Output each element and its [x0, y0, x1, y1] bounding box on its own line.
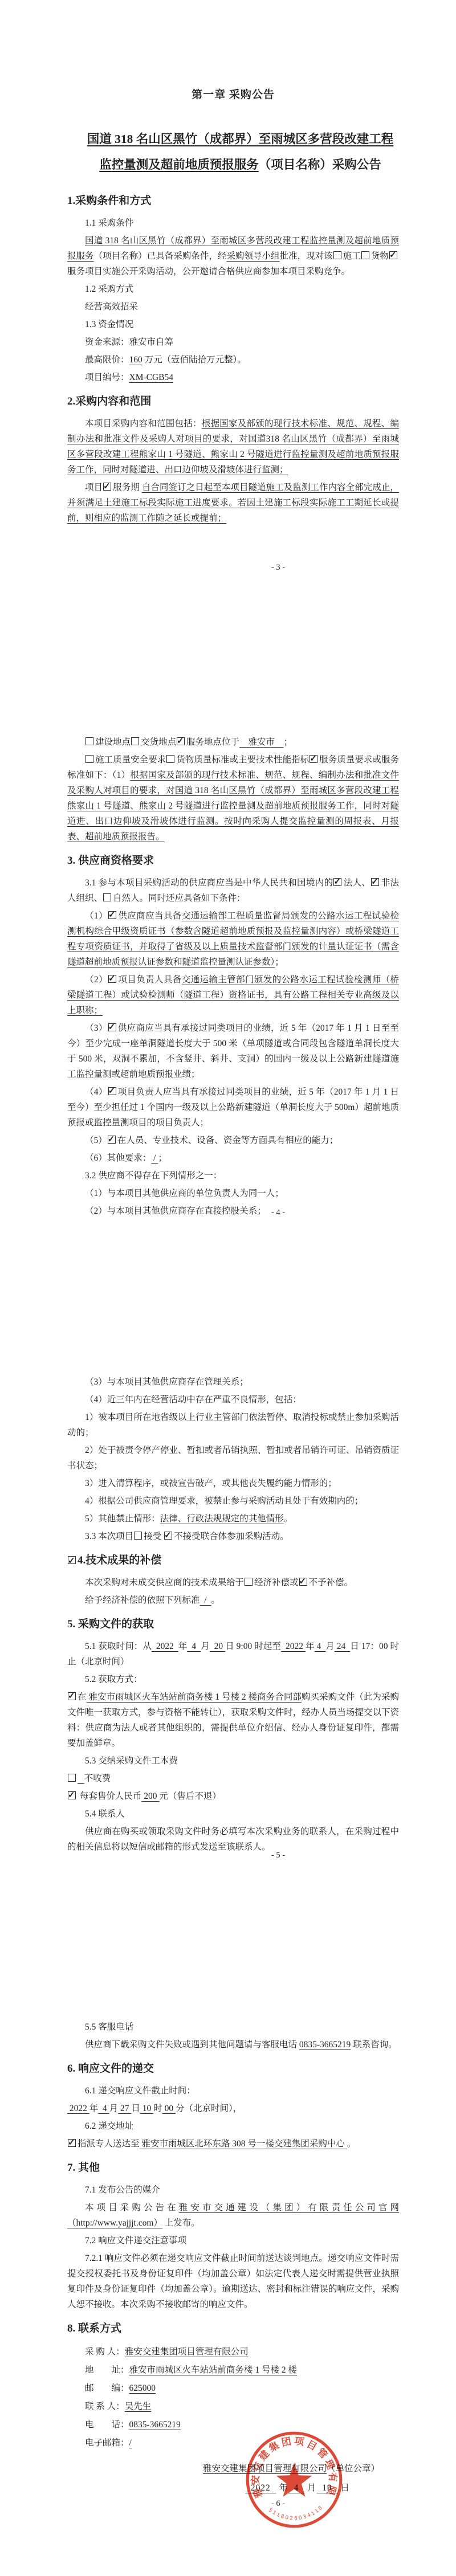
checkbox-empty-icon	[131, 737, 139, 745]
text-segment: 本项目采购公告在	[85, 2203, 179, 2212]
filled-in-value: 根据国家及部颁的现行技术标准、规范、规程、编制办法和批准文件及采购人对项目的要求…	[67, 770, 399, 842]
text-segment: （1）与本项目其他供应商的单位负责人为同一人；	[85, 1189, 284, 1198]
scanned-procurement-document: - 3 - - 4 - - 5 - - 6 - 雅安交建集团项目管理有限公司（单…	[0, 0, 456, 2576]
text-segment: 在人员、专业技术、设备、资金等方面具有相应的能力；	[117, 1136, 339, 1145]
checkbox-empty-icon	[85, 737, 93, 745]
paragraph: 经营高效招采	[67, 299, 399, 315]
text-segment: 5.2 获取方式：	[85, 1675, 142, 1684]
section-1-heading: 1.采购条件和方式	[67, 193, 399, 210]
text-segment: 本项目采购内容和范围包括：	[85, 419, 202, 428]
text-segment: 时	[153, 2104, 162, 2113]
checkbox-checked-icon	[164, 1532, 172, 1540]
filled-in-value: 交通运输部工程质量监督局颁发的公路水运工程试验检测机构综合甲级资质证书（参数含隧…	[67, 911, 399, 967]
paragraph: （2）项目负责人具备交通运输主管部门颁发的公路水运工程试验检测师（桥梁隧道工程）…	[67, 972, 399, 1018]
text-segment: 地 址：	[85, 2365, 129, 2375]
filled-in-value: 200	[141, 1791, 159, 1801]
paragraph: 6.2 递交地址	[67, 2118, 399, 2134]
text-segment: 联 系 人：	[85, 2402, 125, 2411]
paragraph: 电子邮箱：/	[67, 2434, 399, 2452]
section-6-heading: 6. 响应文件的递交	[67, 2060, 399, 2077]
checkbox-empty-icon	[68, 1774, 76, 1782]
checkbox-checked-icon	[108, 911, 116, 919]
text-segment: 货物质量标准或主要技术性能指标	[176, 755, 309, 765]
filled-in-value: 雅安市雨城区火车站站前商务楼 1 号楼 2 楼	[129, 2365, 298, 2375]
text-segment: 。	[211, 1595, 220, 1605]
text-segment: 3. 供应商资格要求	[67, 855, 154, 867]
checkbox-empty-icon	[361, 251, 369, 259]
paragraph: 地 址：雅安市雨城区火车站站前商务楼 1 号楼 2 楼	[67, 2361, 399, 2379]
filled-in-value: 24	[335, 1642, 350, 1651]
text-segment: 建设地点	[95, 737, 131, 747]
paragraph: 1.2 采购方式	[67, 281, 399, 297]
text-segment: 联系咨询。	[351, 2040, 397, 2050]
svg-text:5118026034118: 5118026034118	[267, 2504, 325, 2521]
text-segment: 6.1 递交响应文件截止时间：	[85, 2086, 196, 2096]
checkbox-empty-icon	[166, 755, 174, 763]
checkbox-checked-icon	[68, 1692, 76, 1700]
paragraph: （3）与本项目其他供应商存在管理关系；	[67, 1374, 399, 1390]
section-2-heading: 2.采购内容和范围	[67, 393, 399, 410]
text-segment: 。	[284, 1514, 293, 1524]
paragraph: 不收费	[67, 1771, 399, 1786]
text-segment: 邮 编：	[85, 2383, 129, 2393]
paragraph: 7.2.1 响应文件必须在递交响应文件截止时间前送达谈判地点。递交响应文件时需提…	[67, 2251, 399, 2312]
text-segment: 项目负责人具备	[118, 975, 182, 985]
text-segment: 月	[325, 1642, 335, 1651]
filled-in-value: XM-CGB54	[129, 373, 174, 382]
filled-in-value: 采购领导小组	[226, 251, 279, 261]
text-segment: 每套售价人民币	[78, 1791, 141, 1801]
text-segment: 最高限价：	[85, 355, 129, 365]
text-segment: 电 话：	[85, 2420, 129, 2430]
filled-in-value: 27	[118, 2104, 131, 2113]
text-segment: 4）根据公司供应商管理要求，被禁止参与采购活动且处于有效期内的；	[85, 1496, 363, 1506]
filled-in-value: 160	[129, 355, 142, 365]
checkbox-checked-icon	[333, 878, 341, 886]
text-segment: 电子邮箱：	[85, 2438, 129, 2448]
paragraph: 5.4 联系人	[67, 1806, 399, 1822]
text-segment: 项目	[85, 483, 103, 492]
text-segment: 不收费	[84, 1774, 111, 1783]
text-segment: 3.2 供应商不得存在下列情形之一：	[85, 1171, 222, 1181]
text-segment: 。	[347, 2139, 356, 2149]
text-segment: 不接受联合体参加采购活动。	[174, 1532, 289, 1541]
filled-in-value: 2022	[67, 2104, 89, 2113]
paragraph: 资金来源：雅安市自筹	[67, 334, 399, 350]
checkbox-checked-icon	[310, 755, 317, 763]
checkbox-checked-icon	[108, 1136, 116, 1144]
text-segment: 5. 采购文件的获取	[67, 1618, 154, 1630]
paragraph: 7.1 发布公告的媒介	[67, 2182, 399, 2198]
text-segment: 5.3 交纳采购文件工本费	[85, 1756, 178, 1766]
paragraph: （5）在人员、专业技术、设备、资金等方面具有相应的能力；	[67, 1133, 399, 1148]
filled-in-value: 雅安市雨城区火车站站前商务楼 1 号楼 2 楼商务合同部	[87, 1692, 302, 1702]
filled-in-value: 监控量测及超前地质预报服务	[99, 158, 259, 172]
filled-in-value: 交通运输主管部门颁发的公路水运工程试验检测师（桥梁隧道工程）或试验检测师（隧道工…	[67, 975, 399, 1015]
paragraph: 2）处于被责令停产停业、暂扣或者吊销执照、暂扣或者吊销许可证、吊销资质证书状态；	[67, 1443, 399, 1473]
text-segment: 给予经济补偿的依照下列标准	[85, 1595, 200, 1605]
stamp-star-icon	[276, 2463, 312, 2497]
paragraph: 本项目采购内容和范围包括：根据国家及部颁的现行技术标准、规范、规程、编制办法和批…	[67, 416, 399, 477]
text-segment: 2.采购内容和范围	[67, 395, 151, 407]
text-segment: 经营高效招采	[85, 302, 138, 312]
paragraph: 采 购 人：雅安交建集团项目管理有限公司	[67, 2343, 399, 2361]
filled-in-value: 625000	[129, 2383, 156, 2393]
text-segment: 3.1 参与本项目采购活动的供应商应当是中华人民共和国境内的	[85, 878, 333, 888]
filled-in-value: 0835-3665219	[299, 2040, 351, 2050]
text-segment: 服务项目实施公开采购活动，公开邀请合格供应商参加本项目采购竞争。	[67, 267, 350, 276]
checkbox-checked-icon	[68, 1556, 76, 1564]
page-3: 第一章 采购公告国道 318 名山区黑竹（成都界）至雨城区多营段改建工程监控量测…	[0, 85, 456, 528]
checkbox-checked-icon	[108, 1087, 116, 1095]
filled-in-value: 吴先生	[125, 2402, 152, 2411]
filled-in-value: 2022	[281, 1642, 306, 1651]
text-segment: 5.1 获取时间：从	[85, 1642, 152, 1651]
text-segment: 不予补偿。	[309, 1578, 353, 1587]
text-segment: （项目名称）采购公告	[259, 158, 381, 172]
text-segment: 4.技术成果的补偿	[78, 1554, 161, 1566]
text-segment: 交货地点	[141, 737, 176, 747]
text-segment: （2）与本项目其他供应商存在直接控股关系；	[85, 1206, 266, 1216]
text-segment: 1.3 资金情况	[85, 320, 133, 329]
filled-in-value: 国道 318 名山区黑竹（成都界）至雨城区多营段改建工程	[87, 132, 394, 146]
text-segment: 5.4 联系人	[85, 1809, 125, 1819]
checkbox-checked-icon	[68, 1791, 76, 1799]
text-segment: 第一章 采购公告	[192, 89, 275, 101]
paragraph: （1）供应商应当具备交通运输部工程质量监督局颁发的公路水运工程试验检测机构综合甲…	[67, 908, 399, 970]
text-segment: （2）	[85, 975, 108, 985]
text-segment: 年	[306, 1642, 315, 1651]
text-segment: ；	[284, 737, 293, 747]
paragraph: 邮 编：625000	[67, 2379, 399, 2397]
filled-in-value: 2022	[152, 1642, 178, 1651]
text-segment: 接受	[144, 1532, 164, 1541]
text-segment: 3.3 本次项目	[85, 1532, 133, 1541]
document-title-line: 监控量测及超前地质预报服务（项目名称）采购公告	[50, 152, 430, 178]
paragraph: 建设地点交货地点服务地点位于 雅安市 ；	[67, 734, 399, 750]
paragraph: 5.2 获取方式：	[67, 1672, 399, 1687]
text-segment: 万元（壹佰陆拾万元整）。	[142, 355, 246, 365]
paragraph: 供应商在购买或领取采购文件时务必填写本次采购业务的联系人，在采购过程中的相关信息…	[67, 1824, 399, 1855]
text-segment: 7.1 发布公告的媒介	[85, 2185, 160, 2195]
paragraph: 1.1 采购条件	[67, 215, 399, 231]
text-segment: 2）处于被责令停产停业、暂扣或者吊销执照、暂扣或者吊销许可证、吊销资质证书状态；	[67, 1446, 399, 1471]
chapter-heading: 第一章 采购公告	[67, 87, 399, 104]
paragraph: 3.3 本次项目接受 不接受联合体参加采购活动。	[67, 1529, 399, 1544]
text-segment: 服务地点位于	[186, 737, 239, 747]
text-segment: 供应商应当具备	[118, 911, 182, 921]
text-segment: （3）	[85, 1023, 108, 1033]
paragraph: 供应商下载采购文件失败或遇到其他问题请与客服电话 0835-3665219 联系…	[67, 2037, 399, 2052]
text-segment: 1.1 采购条件	[85, 218, 133, 228]
text-segment: （项目名称）已具备采购条件，经	[94, 251, 227, 261]
paragraph: 最高限价：160 万元（壹佰陆拾万元整）。	[67, 352, 399, 368]
paragraph: （2）与本项目其他供应商存在直接控股关系；	[67, 1203, 399, 1219]
paragraph: 项目编号：XM-CGB54	[67, 370, 399, 385]
text-segment: （5）	[85, 1136, 107, 1145]
section-4-heading: 4.技术成果的补偿	[67, 1552, 399, 1569]
filled-in-value: 法律、行政法规规定的其他情形	[160, 1514, 284, 1524]
text-segment: 1）被本项目所在地省级以上行业主管部门依法暂停、取消投标或禁止参加采购活动的；	[67, 1412, 399, 1438]
paragraph: 本次采购对未成交供应商的技术成果给于经济补偿或不予补偿。	[67, 1575, 399, 1590]
text-segment: （1）	[85, 911, 108, 921]
paragraph: 4）根据公司供应商管理要求，被禁止参与采购活动且处于有效期内的；	[67, 1493, 399, 1509]
text-segment: 资金来源：雅安市自筹	[85, 337, 173, 347]
text-segment: 施工	[343, 251, 361, 261]
paragraph: 5.1 获取时间：从 2022 年 4 月 20 日 9:00 时起至 2022…	[67, 1639, 399, 1669]
text-segment: 6. 响应文件的递交	[67, 2063, 154, 2075]
paragraph: 国道 318 名山区黑竹（成都界）至雨城区多营段改建工程监控量测及超前地质预报服…	[67, 233, 399, 279]
paragraph: 2022 年 4 月 27 日 10 时 00 分（北京时间），	[67, 2101, 399, 2116]
filled-in-value: /	[200, 1595, 211, 1605]
paragraph: 每套售价人民币 200 元（售后不退）	[67, 1789, 399, 1804]
paragraph: （1）与本项目其他供应商的单位负责人为同一人；	[67, 1186, 399, 1201]
text-segment: 自然人。同时还应具备如下条件：	[113, 893, 246, 903]
paragraph: （6）其他要求： / ；	[67, 1150, 399, 1166]
paragraph: 1）被本项目所在地省级以上行业主管部门依法暂停、取消投标或禁止参加采购活动的；	[67, 1410, 399, 1440]
checkbox-empty-icon	[85, 755, 93, 763]
section-8-heading: 8. 联系方式	[67, 2320, 399, 2337]
filled-in-value: 20	[210, 1642, 225, 1651]
text-segment: 在	[78, 1692, 87, 1702]
filled-in-value: 雅安市雨城区北环东路 308 号一楼交建集团采购中心	[140, 2139, 347, 2149]
text-segment: 5）其他禁止情形：	[85, 1514, 160, 1524]
text-segment: 本次采购对未成交供应商的技术成果给于	[85, 1578, 244, 1587]
text-segment: 经济补偿或	[254, 1578, 299, 1587]
filled-in-value: 4	[187, 1642, 201, 1651]
text-segment: 8. 联系方式	[67, 2322, 121, 2334]
text-segment: 6.2 递交地址	[85, 2121, 133, 2131]
checkbox-empty-icon	[103, 893, 111, 901]
page-6: 5.5 客服电话供应商下载采购文件失败或遇到其他问题请与客服电话 0835-36…	[0, 2017, 456, 2452]
text-segment: 元（售后不退）	[159, 1791, 221, 1801]
paragraph: 施工质量安全要求货物质量标准或主要技术性能指标服务质量要求或服务标准如下：（1）…	[67, 752, 399, 844]
paragraph: 电 话：0835-3665219	[67, 2416, 399, 2434]
checkbox-checked-icon	[108, 975, 116, 983]
text-segment: 供应商在购买或领取采购文件时务必填写本次采购业务的联系人，在采购过程中的相关信息…	[67, 1827, 399, 1852]
checkbox-checked-icon	[389, 251, 397, 259]
text-segment: 日 9:00 时起至	[225, 1642, 281, 1651]
filled-in-value: 雅安市	[239, 737, 284, 747]
page-5: （3）与本项目其他供应商存在管理关系；（4）近三年内在经营活动中存在严重不良情形…	[0, 1372, 456, 1857]
text-segment: 上发布。	[162, 2218, 200, 2228]
section-7-heading: 7. 其他	[67, 2159, 399, 2177]
checkbox-checked-icon	[68, 2139, 76, 2147]
paragraph: 7.2 响应文件递交注意事项	[67, 2233, 399, 2248]
text-segment: 3）进入清算程序，或被宣告破产，或其他丧失履约能力情形的；	[85, 1479, 337, 1488]
paragraph: （4）近三年内在经营活动中存在严重不良情形，包括：	[67, 1392, 399, 1407]
filled-in-value: /	[129, 2438, 132, 2448]
text-segment: 7.2.1 响应文件必须在递交响应文件截止时间前送达谈判地点。递交响应文件时需提…	[67, 2254, 399, 2309]
page-4: 建设地点交货地点服务地点位于 雅安市 ；施工质量安全要求货物质量标准或主要技术性…	[0, 732, 456, 1221]
text-segment: 年	[89, 2104, 99, 2113]
text-segment: 法人、	[343, 878, 370, 888]
document-title: 国道 318 名山区黑竹（成都界）至雨城区多营段改建工程监控量测及超前地质预报服…	[50, 126, 430, 178]
filled-in-value	[78, 1774, 84, 1783]
text-segment: 日	[131, 2104, 140, 2113]
text-segment: （4）	[85, 1087, 108, 1097]
paragraph: 3.2 供应商不得存在下列情形之一：	[67, 1168, 399, 1183]
filled-in-value: 4	[315, 1642, 326, 1651]
paragraph: 指派专人送达至 雅安市雨城区北环东路 308 号一楼交建集团采购中心 。	[67, 2136, 399, 2152]
paragraph: 5.3 交纳采购文件工本费	[67, 1753, 399, 1769]
paragraph: 项目服务期 自合同签订之日起至本项目隧道施工及监测工作内容全部完成止，并须满足土…	[67, 480, 399, 526]
text-segment: 项目编号：	[85, 373, 129, 382]
filled-in-value: 雅安交建集团项目管理有限公司	[125, 2347, 249, 2357]
text-segment: 项目负责人应当具有承接过同类项目的业绩，近 5 年（2017 年 1 月 1 日…	[67, 1087, 399, 1128]
filled-in-value: /	[151, 1153, 158, 1163]
document-title-line: 国道 318 名山区黑竹（成都界）至雨城区多营段改建工程	[50, 126, 430, 152]
text-segment: （6）其他要求：	[85, 1153, 151, 1163]
text-segment: 批准，现对该	[280, 251, 333, 261]
filled-in-value: 10	[140, 2104, 153, 2113]
checkbox-checked-icon	[108, 1023, 116, 1031]
paragraph: 5.5 客服电话	[67, 2019, 399, 2035]
text-segment: 指派专人送达至	[78, 2139, 140, 2149]
text-segment: 年	[178, 1642, 188, 1651]
paragraph: 联 系 人：吴先生	[67, 2398, 399, 2415]
checkbox-empty-icon	[134, 1532, 142, 1540]
text-segment: 分（北京时间），	[176, 2104, 242, 2113]
filled-in-value: 0835-3665219	[129, 2420, 181, 2430]
text-segment: （3）与本项目其他供应商存在管理关系；	[85, 1377, 249, 1387]
checkbox-checked-icon	[371, 878, 379, 886]
section-5-heading: 5. 采购文件的获取	[67, 1616, 399, 1633]
text-segment: 5.5 客服电话	[85, 2022, 133, 2032]
text-segment: （4）近三年内在经营活动中存在严重不良情形，包括：	[85, 1395, 302, 1405]
text-segment: 1.2 采购方式	[85, 284, 133, 294]
text-segment: 服务期	[113, 483, 142, 492]
text-segment: 月	[109, 2104, 119, 2113]
paragraph: 本项目采购公告在雅安市交通建设（集团）有限责任公司官网（http://www.y…	[67, 2200, 399, 2231]
text-segment: 供应商应当具有承接过同类项目的业绩，近 5 年（2017 年 1 月 1 日至至…	[67, 1023, 399, 1079]
paragraph: 给予经济补偿的依照下列标准 / 。	[67, 1593, 399, 1608]
paragraph: 6.1 递交响应文件截止时间：	[67, 2083, 399, 2099]
text-segment: 月	[201, 1642, 210, 1651]
paragraph: 在 雅安市雨城区火车站站前商务楼 1 号楼 2 楼商务合同部购买采购文件（此为采…	[67, 1689, 399, 1751]
page-number-3: - 3 -	[238, 563, 318, 573]
paragraph: 3.1 参与本项目采购活动的供应商应当是中华人民共和国境内的法人、非法人组织、自…	[67, 875, 399, 906]
text-segment: 货物	[371, 251, 389, 261]
text-segment: 供应商下载采购文件失败或遇到其他问题请与客服电话	[85, 2040, 299, 2050]
text-segment: ；	[275, 957, 284, 967]
checkbox-empty-icon	[245, 1578, 253, 1586]
paragraph: 1.3 资金情况	[67, 317, 399, 332]
paragraph: （3）供应商应当具有承接过同类项目的业绩，近 5 年（2017 年 1 月 1 …	[67, 1020, 399, 1082]
paragraph: （4）项目负责人应当具有承接过同类项目的业绩，近 5 年（2017 年 1 月 …	[67, 1084, 399, 1130]
checkbox-empty-icon	[333, 251, 341, 259]
text-segment: 7.2 响应文件递交注意事项	[85, 2236, 186, 2246]
text-segment: 1.采购条件和方式	[67, 195, 151, 207]
paragraph: 5）其他禁止情形：法律、行政法规规定的其他情形。	[67, 1511, 399, 1526]
checkbox-checked-icon	[177, 737, 185, 745]
text-segment: 7. 其他	[67, 2162, 100, 2174]
text-segment: ；	[158, 1153, 167, 1163]
text-segment: 采 购 人：	[85, 2347, 125, 2357]
text-segment: 施工质量安全要求	[95, 755, 166, 765]
checkbox-checked-icon	[299, 1578, 307, 1586]
paragraph: 3）进入清算程序，或被宣告破产，或其他丧失履约能力情形的；	[67, 1476, 399, 1491]
section-3-heading: 3. 供应商资格要求	[67, 852, 399, 869]
checkbox-checked-icon	[103, 483, 111, 491]
filled-in-value: 00	[162, 2104, 176, 2113]
filled-in-value: 4	[98, 2104, 109, 2113]
